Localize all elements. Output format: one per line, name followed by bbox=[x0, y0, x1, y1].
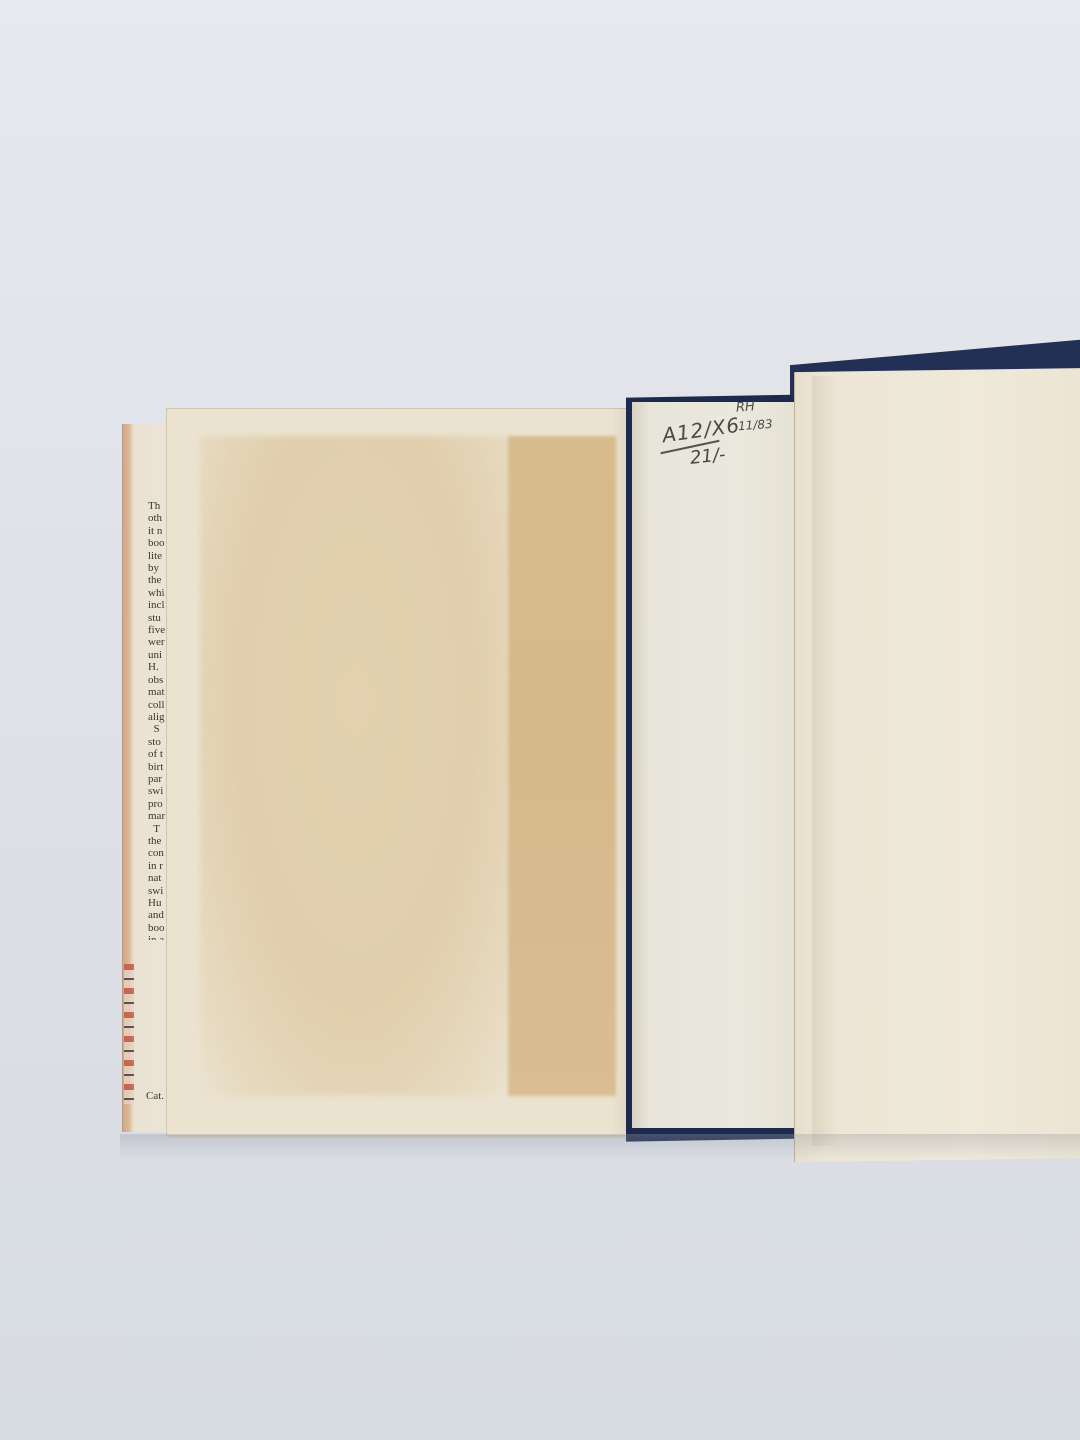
pastedown-hinge bbox=[632, 402, 650, 1128]
offset-stain-main bbox=[200, 436, 510, 1096]
front-dust-jacket-flap bbox=[794, 368, 1080, 1162]
book-shadow bbox=[120, 1134, 1080, 1160]
front-pastedown bbox=[632, 402, 812, 1128]
pencil-initials: RH bbox=[735, 399, 755, 415]
pencil-date: 11/83 bbox=[738, 417, 773, 433]
jacket-spine-stripe bbox=[124, 964, 134, 1104]
jacket-flap-catalogue-label: Cat. bbox=[146, 1090, 164, 1102]
jacket-flap-fold bbox=[812, 376, 836, 1146]
pencil-price: 21/- bbox=[689, 444, 726, 469]
offset-stain-strip bbox=[508, 436, 616, 1096]
